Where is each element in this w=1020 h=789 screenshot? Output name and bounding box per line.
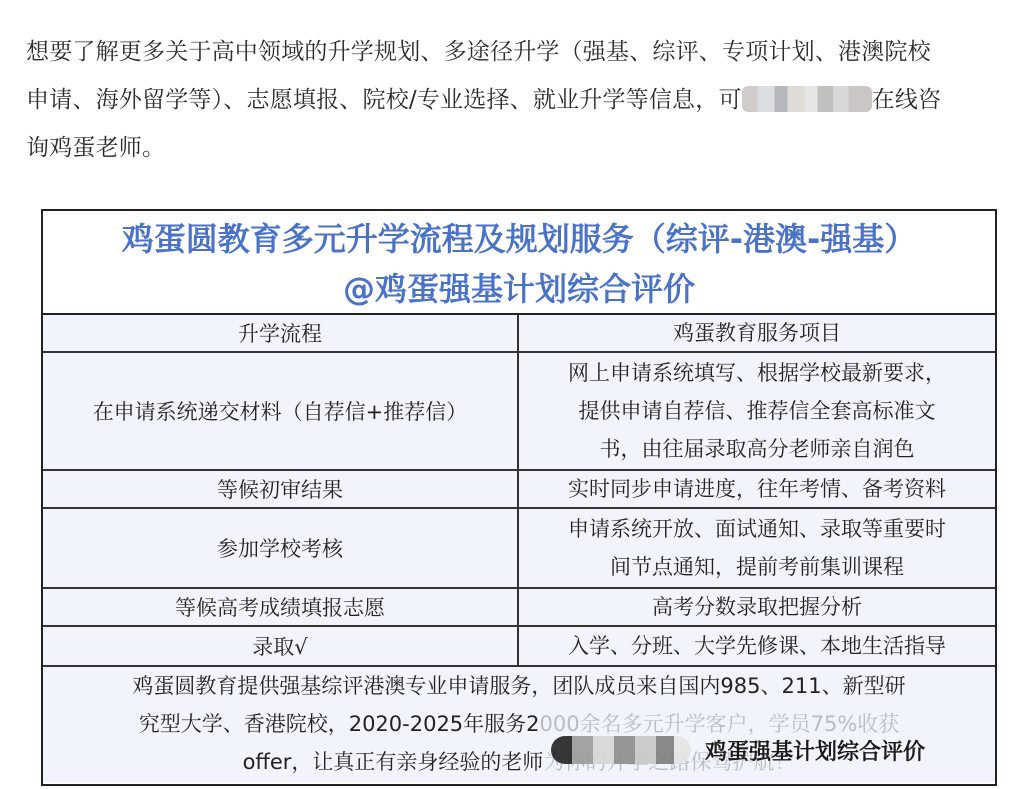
table-row: 录取√ 入学、分班、大学先修课、本地生活指导 <box>43 627 995 667</box>
service-line: 间节点通知，提前考前集训课程 <box>568 548 946 586</box>
service-line: 申请系统开放、面试通知、录取等重要时 <box>568 510 946 548</box>
step-cell: 等候初审结果 <box>43 471 519 507</box>
service-line: 提供申请自荐信、推荐信全套高标准文 <box>568 392 946 430</box>
table-row: 等候初审结果 实时同步申请进度，往年考情、备考资料 <box>43 471 995 509</box>
redacted-logo <box>551 736 691 764</box>
column-header-process: 升学流程 <box>43 315 519 351</box>
step-cell: 参加学校考核 <box>43 509 519 587</box>
service-line: 书，由往届录取高分老师亲自润色 <box>568 430 946 468</box>
column-header-services: 鸡蛋教育服务项目 <box>519 315 995 351</box>
step-cell: 在申请系统递交材料（自荐信+推荐信） <box>43 353 519 469</box>
watermark: 鸡蛋强基计划综合评价 <box>551 733 925 767</box>
table-row: 等候高考成绩填报志愿 高考分数录取把握分析 <box>43 589 995 627</box>
watermark-text: 鸡蛋强基计划综合评价 <box>705 735 925 766</box>
service-cell: 网上申请系统填写、根据学校最新要求， 提供申请自荐信、推荐信全套高标准文 书，由… <box>519 353 995 469</box>
service-cell: 入学、分班、大学先修课、本地生活指导 <box>519 627 995 665</box>
table-title-line-1: 鸡蛋圆教育多元升学流程及规划服务（综评-港澳-强基） <box>43 214 995 264</box>
footer-line-1: 鸡蛋圆教育提供强基综评港澳专业申请服务，团队成员来自国内985、211、新型研 <box>43 667 995 705</box>
service-cell: 高考分数录取把握分析 <box>519 589 995 625</box>
table-row: 在申请系统递交材料（自荐信+推荐信） 网上申请系统填写、根据学校最新要求， 提供… <box>43 353 995 471</box>
table-title: 鸡蛋圆教育多元升学流程及规划服务（综评-港澳-强基） @鸡蛋强基计划综合评价 <box>43 211 995 315</box>
service-line: 网上申请系统填写、根据学校最新要求， <box>568 354 946 392</box>
intro-line-1: 想要了解更多关于高中领域的升学规划、多途径升学（强基、综评、专项计划、港澳院校 <box>26 28 1016 76</box>
intro-line-2: 申请、海外留学等）、志愿填报、院校/专业选择、就业升学等信息，可在线咨 <box>26 76 1016 124</box>
step-cell: 录取√ <box>43 627 519 665</box>
table-header-row: 升学流程 鸡蛋教育服务项目 <box>43 315 995 353</box>
service-table: 鸡蛋圆教育多元升学流程及规划服务（综评-港澳-强基） @鸡蛋强基计划综合评价 升… <box>41 209 997 786</box>
intro-line-2-tail: 在线咨 <box>872 87 942 113</box>
table-title-line-2: @鸡蛋强基计划综合评价 <box>43 264 995 314</box>
step-cell: 等候高考成绩填报志愿 <box>43 589 519 625</box>
intro-paragraph: 想要了解更多关于高中领域的升学规划、多途径升学（强基、综评、专项计划、港澳院校 … <box>26 28 1016 172</box>
table-row: 参加学校考核 申请系统开放、面试通知、录取等重要时 间节点通知，提前考前集训课程 <box>43 509 995 589</box>
footer-line-3-text: offer，让真正有亲身经验的老师 <box>243 750 544 774</box>
redacted-contact <box>742 86 872 112</box>
footer-line-2-text: 究型大学、香港院校，2020-2025年服务2 <box>139 712 540 736</box>
intro-line-3: 询鸡蛋老师。 <box>26 124 1016 172</box>
intro-line-2-text: 申请、海外留学等）、志愿填报、院校/专业选择、就业升学等信息，可 <box>26 87 742 113</box>
service-cell: 实时同步申请进度，往年考情、备考资料 <box>519 471 995 507</box>
service-cell: 申请系统开放、面试通知、录取等重要时 间节点通知，提前考前集训课程 <box>519 509 995 587</box>
